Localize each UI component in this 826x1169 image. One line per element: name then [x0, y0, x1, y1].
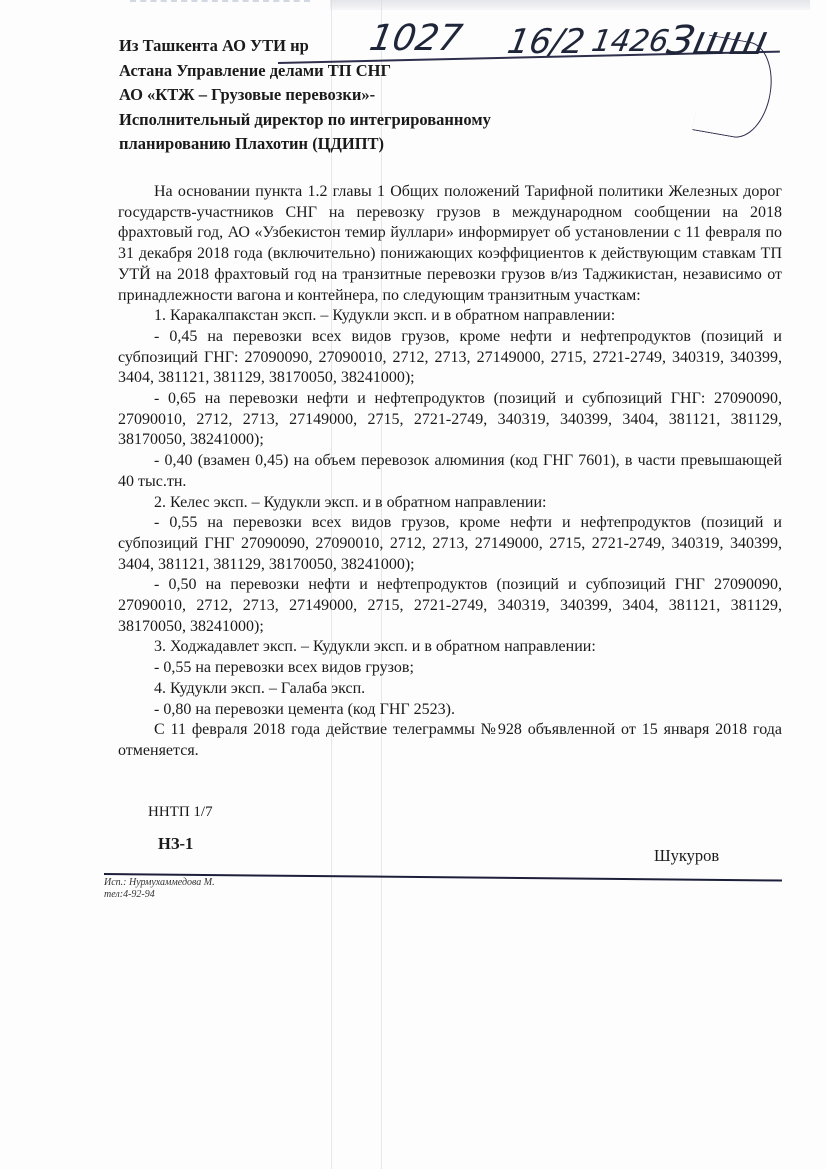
- document-page: Из Ташкента АО УТИ нр Астана Управление …: [0, 0, 826, 1169]
- handwritten-date: 16/2: [504, 22, 587, 62]
- section-item: - 0,50 на перевозки нефти и нефтепродукт…: [118, 575, 782, 637]
- section-title: 3. Ходжадавлет эксп. – Кудукли эксп. и в…: [118, 637, 782, 658]
- header-line: планированию Плахотин (ЦДИПТ): [119, 132, 491, 157]
- closing-paragraph: С 11 февраля 2018 года действие телеграм…: [118, 720, 782, 761]
- executor-name: Исп.: Нурмухаммедова М.: [104, 877, 215, 889]
- signatory-name: Шукуров: [654, 846, 719, 866]
- scan-artifact: [130, 0, 310, 10]
- section-item: - 0,65 на перевозки нефти и нефтепродукт…: [118, 389, 782, 451]
- document-body: На основании пункта 1.2 главы 1 Общих по…: [118, 182, 782, 762]
- section-item: - 0,45 на перевозки всех видов грузов, к…: [118, 327, 782, 389]
- section-item: - 0,55 на перевозки всех видов грузов, к…: [118, 513, 782, 575]
- section-item: - 0,80 на перевозки цемента (код ГНГ 252…: [118, 700, 782, 721]
- section-title: 4. Кудукли эксп. – Галаба эксп.: [118, 679, 782, 700]
- executor-phone: тел:4-92-94: [104, 889, 215, 901]
- scan-artifact: [330, 0, 810, 10]
- section-item: - 0,40 (взамен 0,45) на объем перевозок …: [118, 451, 782, 492]
- section-item: - 0,55 на перевозки всех видов грузов;: [118, 658, 782, 679]
- section-title: 2. Келес эксп. – Кудукли эксп. и в обрат…: [118, 493, 782, 514]
- section-title: 1. Каракалпакстан эксп. – Кудукли эксп. …: [118, 306, 782, 327]
- header-line: АО «КТЖ – Грузовые перевозки»-: [119, 83, 491, 108]
- document-code: ННТП 1/7: [148, 804, 213, 821]
- handwritten-number: 1027: [366, 18, 465, 59]
- header-line: Исполнительный директор по интегрированн…: [119, 108, 491, 133]
- handwritten-time: 1426: [589, 24, 672, 59]
- intro-paragraph: На основании пункта 1.2 главы 1 Общих по…: [118, 182, 782, 306]
- executor-info: Исп.: Нурмухаммедова М. тел:4-92-94: [104, 877, 215, 901]
- nz-code: НЗ-1: [158, 834, 193, 854]
